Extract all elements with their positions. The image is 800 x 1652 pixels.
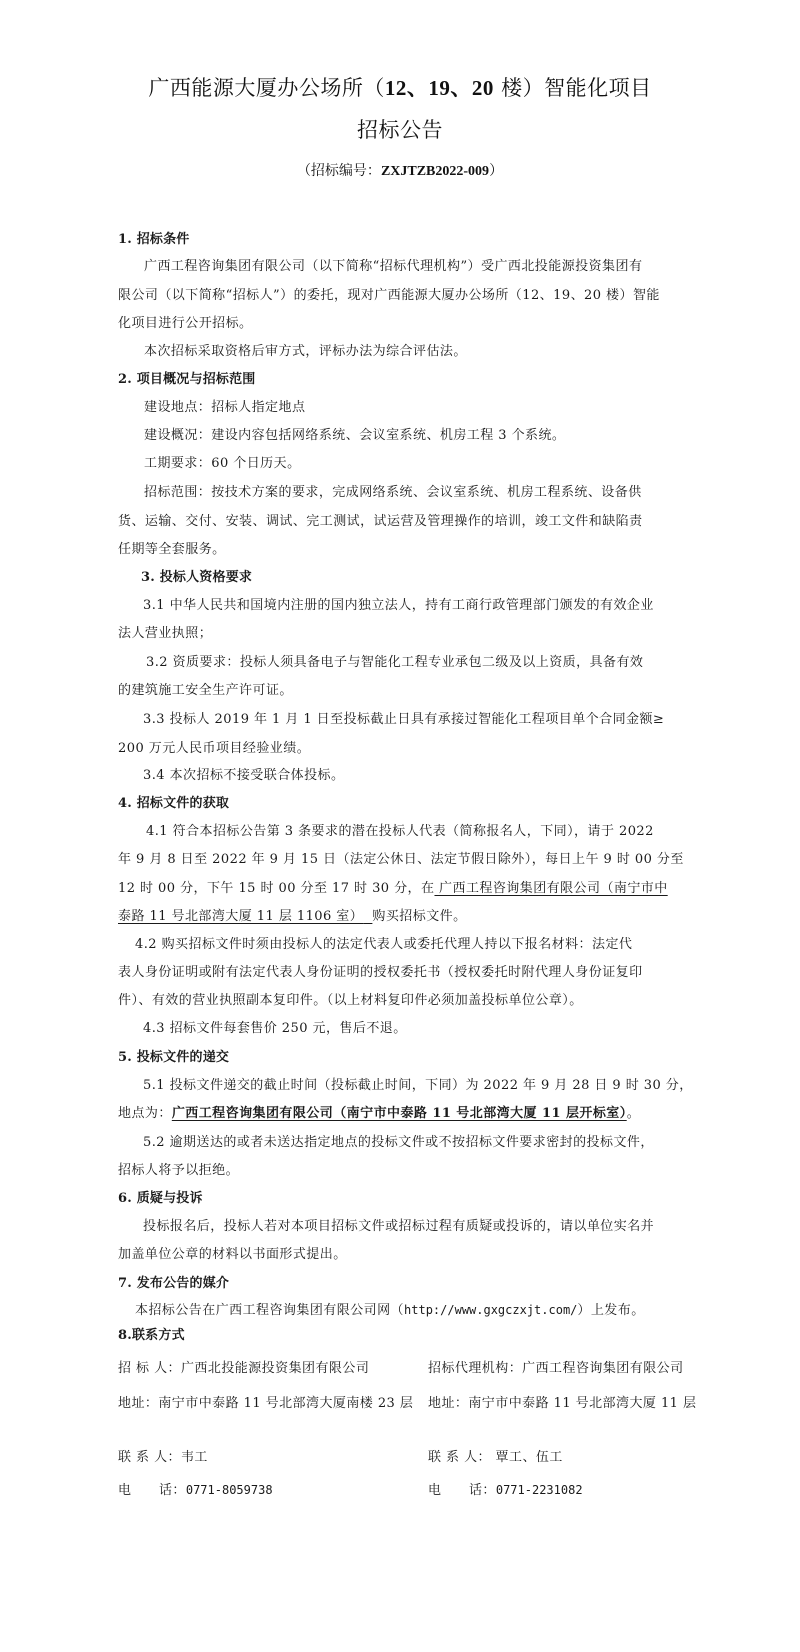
tender-number-value: ZXJTZB2022-009 (381, 164, 489, 179)
document-title-line2: 招标公告 (0, 114, 800, 144)
section-3-heading: 3. 投标人资格要求 (141, 566, 706, 585)
title-floors: 12、19、20 (385, 76, 494, 100)
document-acquisition-4-1-cont: 年 9 月 8 日至 2022 年 9 月 15 日（法定公休日、法定节假日除外… (118, 848, 683, 867)
document-acquisition-4-2-cont: 表人身份证明或附有法定代表人身份证明的授权委托书（授权委托时附代理人身份证复印 (118, 961, 683, 980)
phone-label: 电 话： (428, 1483, 496, 1498)
agency-address: 地址：南宁市中泰路 11 号北部湾大厦 11 层 (428, 1392, 696, 1411)
tender-number-label: （招标编号： (297, 163, 381, 179)
section-6-heading: 6. 质疑与投诉 (118, 1187, 683, 1206)
requirement-3-2: 3.2 资质要求：投标人须具备电子与智能化工程专业承包二级及以上资质，具备有效 (146, 651, 711, 670)
late-submission-5-2-cont: 招标人将予以拒绝。 (118, 1159, 683, 1178)
tenderer-phone: 电 话：0771-8059738 (118, 1479, 683, 1498)
complaint-paragraph: 投标报名后，投标人若对本项目招标文件或招标过程有质疑或投诉的，请以单位实名并 (143, 1215, 708, 1234)
title-text-tail: 楼）智能化项目 (494, 76, 652, 100)
complaint-paragraph-cont: 加盖单位公章的材料以书面形式提出。 (118, 1243, 683, 1262)
section-2-heading: 2. 项目概况与招标范围 (118, 368, 683, 387)
tenderer-phone-number: 0771-8059738 (186, 1483, 273, 1497)
submission-location-label: 地点为： (118, 1106, 172, 1121)
publication-media: 本招标公告在广西工程咨询集团有限公司网（http://www.gxgczxjt.… (135, 1299, 700, 1318)
document-acquisition-4-1-cont: 12 时 00 分，下午 15 时 00 分至 17 时 30 分，在 广西工程… (118, 877, 683, 896)
website-url[interactable]: http://www.gxgczxjt.com/ (404, 1303, 577, 1317)
construction-location: 建设地点：招标人指定地点 (144, 396, 709, 415)
requirement-3-2-cont: 的建筑施工安全生产许可证。 (118, 679, 683, 698)
document-price-4-3: 4.3 招标文件每套售价 250 元，售后不退。 (143, 1017, 708, 1036)
document-acquisition-4-2: 4.2 购买招标文件时须由投标人的法定代表人或委托代理人持以下报名材料：法定代 (135, 933, 700, 952)
tender-announcement-page: 广西能源大厦办公场所（12、19、20 楼）智能化项目 招标公告 （招标编号：Z… (0, 0, 800, 1652)
tender-number-close: ） (489, 163, 503, 179)
requirement-3-3-cont: 200 万元人民币项目经验业绩。 (118, 737, 683, 756)
period: 。 (627, 1106, 640, 1121)
construction-overview: 建设概况：建设内容包括网络系统、会议室系统、机房工程 3 个系统。 (144, 424, 709, 443)
late-submission-5-2: 5.2 逾期送达的或者未送达指定地点的投标文件或不按招标文件要求密封的投标文件， (143, 1131, 708, 1150)
tenderer-contact: 联 系 人：韦工 (118, 1446, 683, 1465)
section-4-heading: 4. 招标文件的获取 (118, 792, 683, 811)
section-8-heading: 8.联系方式 (118, 1324, 683, 1343)
section-1-evaluation-method: 本次招标采取资格后审方式，评标办法为综合评估法。 (144, 340, 709, 359)
requirement-3-1: 3.1 中华人民共和国境内注册的国内独立法人，持有工商行政管理部门颁发的有效企业 (143, 594, 708, 613)
phone-label: 电 话： (118, 1483, 186, 1498)
title-text: 广西能源大厦办公场所（ (148, 76, 385, 100)
requirement-3-3: 3.3 投标人 2019 年 1 月 1 日至投标截止日具有承接过智能化工程项目… (143, 708, 708, 727)
document-acquisition-4-2-cont: 件）、有效的营业执照副本复印件。（以上材料复印件必须加盖投标单位公章）。 (118, 989, 683, 1008)
purchase-text: 购买招标文件。 (372, 909, 466, 924)
agency-phone-number: 0771-2231082 (496, 1483, 583, 1497)
tender-scope-line: 货、运输、交付、安装、调试、完工测试，试运营及管理操作的培训，竣工文件和缺陷责 (118, 510, 683, 529)
requirement-3-1-cont: 法人营业执照； (118, 622, 683, 641)
submission-location-5-1: 地点为：广西工程咨询集团有限公司（南宁市中泰路 11 号北部湾大厦 11 层开标… (118, 1102, 683, 1121)
tender-scope-line: 招标范围：按技术方案的要求，完成网络系统、会议室系统、机房工程系统、设备供 (144, 481, 709, 500)
publication-text: 本招标公告在广西工程咨询集团有限公司网（ (135, 1303, 404, 1318)
section-5-heading: 5. 投标文件的递交 (118, 1046, 683, 1065)
section-1-paragraph-line: 化项目进行公开招标。 (118, 312, 683, 331)
time-window-text: 12 时 00 分，下午 15 时 00 分至 17 时 30 分，在 (118, 881, 434, 896)
document-acquisition-4-1-cont: 泰路 11 号北部湾大厦 11 层 1106 室） 购买招标文件。 (118, 905, 683, 924)
construction-duration: 工期要求：60 个日历天。 (144, 452, 709, 471)
section-1-paragraph-line: 广西工程咨询集团有限公司（以下简称“招标代理机构”）受广西北投能源投资集团有 (144, 255, 709, 274)
purchase-location-underlined: 泰路 11 号北部湾大厦 11 层 1106 室） (118, 909, 363, 924)
section-1-heading: 1. 招标条件 (118, 228, 683, 247)
purchase-location-underlined: 广西工程咨询集团有限公司（南宁市中 (434, 881, 667, 896)
section-1-paragraph-line: 限公司（以下简称“招标人”）的委托，现对广西能源大厦办公场所（12、19、20 … (118, 284, 683, 303)
section-7-heading: 7. 发布公告的媒介 (118, 1272, 683, 1291)
tender-number: （招标编号：ZXJTZB2022-009） (0, 160, 800, 180)
agency-name: 招标代理机构：广西工程咨询集团有限公司 (428, 1357, 684, 1376)
agency-phone: 电 话：0771-2231082 (428, 1479, 583, 1498)
agency-contact: 联 系 人： 覃工、伍工 (428, 1446, 563, 1465)
document-acquisition-4-1: 4.1 符合本招标公告第 3 条要求的潜在投标人代表（简称报名人，下同），请于 … (146, 820, 711, 839)
tender-scope-line: 任期等全套服务。 (118, 538, 683, 557)
submission-deadline-5-1: 5.1 投标文件递交的截止时间（投标截止时间，下同）为 2022 年 9 月 2… (143, 1074, 708, 1093)
requirement-3-4: 3.4 本次招标不接受联合体投标。 (143, 764, 708, 783)
submission-location-underlined: 广西工程咨询集团有限公司（南宁市中泰路 11 号北部湾大厦 11 层开标室） (172, 1106, 627, 1121)
publication-text-tail: ）上发布。 (577, 1303, 644, 1318)
document-title-line1: 广西能源大厦办公场所（12、19、20 楼）智能化项目 (0, 72, 800, 102)
